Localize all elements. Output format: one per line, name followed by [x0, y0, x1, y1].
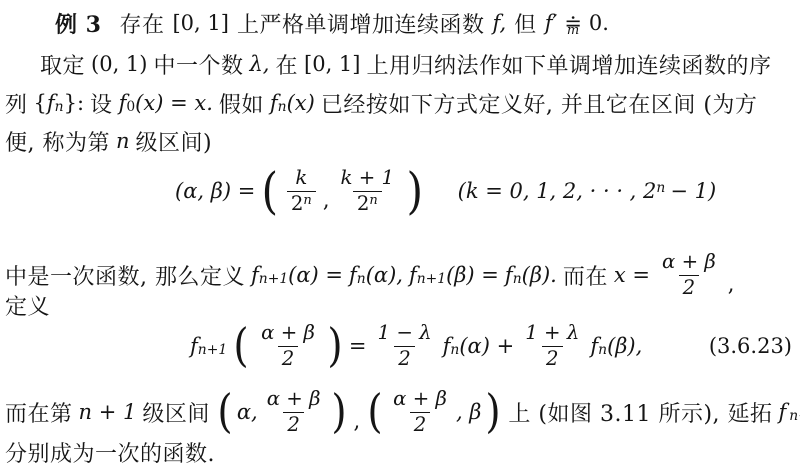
math-run: n: [116, 129, 130, 153]
text-run: 上用归纳法作如下单调增加连续函数的序: [366, 49, 771, 80]
index-condition: (k = 0, 1, 2, · · · , 2n− 1): [458, 179, 717, 203]
paragraph-line: 列 { f n }: 设 f 0 (x) = x. 假如 f n (x) 已经按…: [5, 86, 757, 120]
fraction: k 2n: [287, 167, 316, 214]
paragraph-line: 定义: [5, 291, 50, 319]
left-paren: (: [217, 393, 232, 431]
right-paren: ): [327, 327, 342, 365]
fn1-alpha-expression: f n+1 (α) =: [251, 263, 343, 287]
fraction-numerator: α + β: [257, 322, 319, 345]
text-run: 取定: [40, 49, 85, 80]
comma: ,: [323, 188, 330, 212]
math-run: f,: [492, 11, 506, 35]
text-run: 而在: [563, 260, 608, 291]
measure-subscript: m: [567, 24, 579, 37]
text-run: 上 (如图 3.11 所示), 延拓: [508, 397, 772, 428]
paragraph-line: 便, 称为第 n 级区间): [5, 124, 212, 158]
math-run: (0, 1): [91, 52, 147, 76]
comma: ,: [728, 272, 735, 296]
fn-alpha-expression: f n (α),: [349, 263, 403, 287]
fraction-denominator: 2: [283, 412, 304, 436]
comma: ,: [353, 409, 360, 433]
text-run: 列: [5, 88, 28, 119]
recursion-formula: f n+1 ( α + β 2 ) = 1 − λ 2 f n (α) + 1 …: [0, 316, 800, 376]
equals-sign: =: [349, 334, 367, 358]
fraction-numerator: k + 1: [337, 167, 399, 190]
fraction-numerator: α + β: [389, 388, 451, 411]
paragraph-line: 分别成为一次的函数.: [5, 437, 215, 467]
f0-definition: f 0 (x) = x.: [119, 91, 213, 115]
brace-open: {: [34, 91, 47, 115]
fn-beta-term: f n (β),: [590, 334, 642, 358]
fraction: 1 − λ 2: [373, 322, 435, 369]
text-run: 上严格单调增加连续函数: [237, 8, 485, 39]
text-run: 已经按如下方式定义好, 并且它在区间 (为方: [321, 88, 758, 119]
text-run: 中是一次函数, 那么定义: [5, 260, 245, 291]
math-run: x =: [614, 263, 650, 287]
math-run: n + 1: [79, 400, 137, 424]
fraction-numerator: 1 + λ: [521, 322, 583, 345]
math-run: λ,: [250, 52, 270, 76]
fraction-denominator: 2: [394, 346, 415, 370]
math-run: α,: [237, 400, 258, 424]
left-paren: (: [262, 171, 279, 212]
math-run: f: [47, 91, 55, 115]
left-paren: (: [233, 327, 248, 365]
fn1-symbol: f n+1: [190, 334, 227, 358]
math-run: f′: [545, 11, 558, 35]
paragraph-line: 中是一次函数, 那么定义 f n+1 (α) = f n (α), f n+1 …: [5, 250, 734, 300]
interval-definition-formula: (α, β) = ( k 2n , k + 1 2n ) (k = 0, 1, …: [175, 158, 716, 224]
math-run: [0, 1]: [172, 11, 228, 35]
text-run: 而在第: [5, 397, 73, 428]
sequence-notation: { f n }:: [34, 91, 85, 115]
text-run: 假如: [219, 88, 264, 119]
equals-in-measure-symbol: ≐ m: [564, 11, 582, 35]
fraction-denominator: 2n: [353, 191, 382, 215]
fraction-denominator: 2: [542, 346, 563, 370]
left-subinterval: ( α, α + β 2 ): [216, 388, 348, 435]
text-run: 设: [90, 88, 113, 119]
superscript: n: [369, 193, 377, 208]
text-run: 但: [514, 8, 537, 39]
math-run: f: [119, 91, 127, 115]
fraction-denominator: 2: [278, 346, 299, 370]
fraction-denominator: 2n: [287, 191, 316, 215]
fraction: α + β 2: [257, 322, 319, 369]
math-run: , β: [456, 400, 482, 424]
text-run: 级区间): [136, 126, 213, 157]
right-paren: ): [407, 171, 424, 212]
fraction-numerator: k: [291, 167, 311, 190]
right-paren: ): [486, 393, 501, 431]
fraction-numerator: 1 − λ: [373, 322, 435, 345]
text-run: 分别成为一次的函数.: [5, 437, 215, 468]
fraction: α + β 2: [263, 388, 325, 435]
derivative-equals-zero-expression: f′ ≐ m 0.: [545, 11, 609, 35]
fn1-x-expression: f n+1 (x): [779, 400, 800, 424]
left-paren: (: [368, 393, 383, 431]
right-subinterval: ( α + β 2 , β ): [366, 388, 502, 435]
formula-lhs: (α, β) =: [175, 179, 255, 203]
fraction-denominator: 2: [410, 412, 431, 436]
equation-number: (3.6.23): [709, 334, 792, 358]
fn-expression: f n (x): [270, 91, 315, 115]
math-run: (x) = x.: [135, 91, 213, 115]
text-run: 级区间: [142, 397, 210, 428]
fraction-denominator: 2: [679, 275, 700, 299]
text-run: 便, 称为第: [5, 126, 110, 157]
fraction: α + β 2: [389, 388, 451, 435]
superscript: n: [303, 193, 311, 208]
example-heading-line: 例 3 存在 [0, 1] 上严格单调增加连续函数 f, 但 f′ ≐ m 0.: [55, 5, 609, 41]
brace-close: }:: [64, 91, 84, 115]
fn-alpha-term: f n (α) +: [443, 334, 515, 358]
fraction: k + 1 2n: [337, 167, 399, 214]
paragraph-line: 取定 (0, 1) 中一个数 λ, 在 [0, 1] 上用归纳法作如下单调增加连…: [40, 47, 772, 81]
fraction: 1 + λ 2: [521, 322, 583, 369]
text-run: 在: [276, 49, 299, 80]
text-run: 中一个数: [153, 49, 243, 80]
right-paren: ): [331, 393, 346, 431]
fraction: α + β 2: [658, 251, 720, 298]
fn1-beta-expression: f n+1 (β) =: [409, 263, 499, 287]
math-run: (x): [287, 91, 315, 115]
paragraph-line: 而在第 n + 1 级区间 ( α, α + β 2 ) , ( α + β 2…: [5, 382, 800, 442]
superscript: n: [656, 180, 665, 196]
text-run: 存在: [119, 8, 164, 39]
math-run: f: [270, 91, 278, 115]
math-run: 0.: [589, 11, 609, 35]
fraction-numerator: α + β: [658, 251, 720, 274]
example-label: 例 3: [55, 8, 101, 39]
textbook-page: 例 3 存在 [0, 1] 上严格单调增加连续函数 f, 但 f′ ≐ m 0.…: [0, 0, 800, 475]
fraction-numerator: α + β: [263, 388, 325, 411]
math-run: [0, 1]: [304, 52, 360, 76]
fn-beta-expression: f n (β).: [505, 263, 557, 287]
